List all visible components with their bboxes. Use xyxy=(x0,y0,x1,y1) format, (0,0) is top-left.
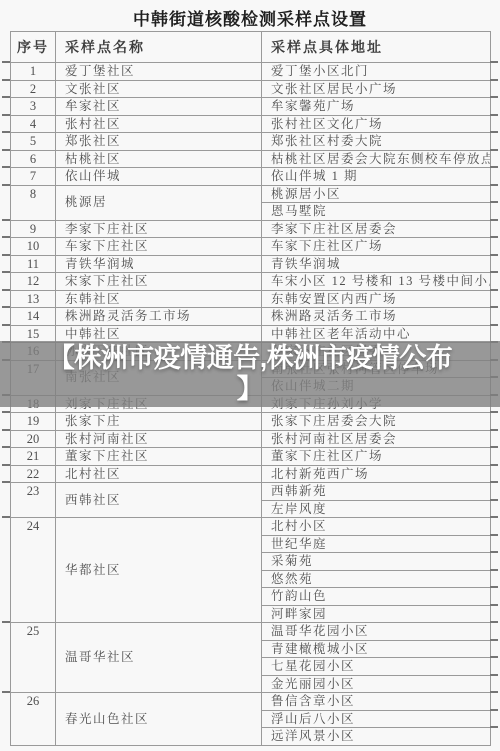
edge-tick-mark xyxy=(490,149,498,151)
sampling-point-name-cell: 文张社区 xyxy=(56,80,262,98)
row-number-cell: 1 xyxy=(11,63,56,81)
edge-tick-mark xyxy=(2,61,10,63)
sampling-point-address-cell: 张村河南社区居委会 xyxy=(262,430,491,448)
row-number-cell: 23 xyxy=(11,483,56,518)
watermark-text-line2: 】 xyxy=(237,374,264,405)
sampling-point-address-cell: 文张社区居民小广场 xyxy=(262,80,491,98)
row-number-cell: 8 xyxy=(11,185,56,220)
row-number-cell: 15 xyxy=(11,325,56,343)
sampling-point-address-cell: 温哥华花园小区 xyxy=(262,623,491,641)
table-row: 5郑张社区郑张社区村委大院 xyxy=(11,133,491,151)
edge-tick-mark xyxy=(490,446,498,448)
edge-tick-mark xyxy=(2,166,10,168)
sampling-point-address-cell: 张村社区文化广场 xyxy=(262,115,491,133)
edge-tick-mark xyxy=(2,481,10,483)
sampling-point-address-cell: 中韩社区老年活动中心 xyxy=(262,325,491,343)
table-row: 14株洲路灵活务工市场株洲路灵活务工市场 xyxy=(11,308,491,326)
edge-tick-mark xyxy=(490,236,498,238)
table-row: 13东韩社区东韩安置区内西广场 xyxy=(11,290,491,308)
edge-tick-mark xyxy=(490,306,498,308)
sampling-point-name-cell: 枯桃社区 xyxy=(56,150,262,168)
edge-tick-mark xyxy=(490,621,498,623)
table-header: 序号 采样点名称 采样点具体地址 xyxy=(11,32,491,63)
edge-tick-mark xyxy=(490,289,498,291)
row-number-cell: 11 xyxy=(11,255,56,273)
edge-tick-mark xyxy=(2,411,10,413)
row-number-cell: 20 xyxy=(11,430,56,448)
sampling-point-address-cell: 金光丽园小区 xyxy=(262,675,491,693)
edge-tick-mark xyxy=(490,201,498,203)
table-row: 7依山伴城依山伴城 1 期 xyxy=(11,168,491,186)
sampling-point-name-cell: 爱丁堡社区 xyxy=(56,63,262,81)
sampling-point-address-cell: 青建橄榄城小区 xyxy=(262,640,491,658)
sampling-point-name-cell: 董家下庄社区 xyxy=(56,448,262,466)
sampling-point-address-cell: 北村小区 xyxy=(262,518,491,536)
edge-tick-mark xyxy=(490,131,498,133)
table-row: 12宋家下庄社区车宋小区 12 号楼和 13 号楼中间小广场 xyxy=(11,273,491,291)
edge-tick-mark xyxy=(490,551,498,553)
sampling-point-name-cell: 李家下庄社区 xyxy=(56,220,262,238)
header-row: 序号 采样点名称 采样点具体地址 xyxy=(11,32,491,63)
sampling-point-address-cell: 车家下庄社区广场 xyxy=(262,238,491,256)
edge-tick-mark xyxy=(2,219,10,221)
row-number-cell: 12 xyxy=(11,273,56,291)
col-header-sampling-point-name: 采样点名称 xyxy=(56,32,262,63)
edge-tick-mark xyxy=(2,516,10,518)
edge-tick-mark xyxy=(2,184,10,186)
edge-tick-mark xyxy=(490,184,498,186)
edge-tick-mark xyxy=(490,656,498,658)
sampling-point-address-cell: 西韩新苑 xyxy=(262,483,491,501)
row-number-cell: 25 xyxy=(11,623,56,693)
watermark-text-line1: 【株洲市疫情通告,株洲市疫情公布 xyxy=(48,343,453,374)
table-row: 21董家下庄社区董家下庄社区广场 xyxy=(11,448,491,466)
sampling-point-address-cell: 鲁信含章小区 xyxy=(262,693,491,711)
edge-tick-mark xyxy=(490,709,498,711)
table-row: 10车家下庄社区车家下庄社区广场 xyxy=(11,238,491,256)
row-number-cell: 21 xyxy=(11,448,56,466)
sampling-point-name-cell: 桃源居 xyxy=(56,185,262,220)
sampling-point-address-cell: 株洲路灵活务工市场 xyxy=(262,308,491,326)
edge-tick-mark xyxy=(490,79,498,81)
edge-tick-mark xyxy=(490,604,498,606)
row-number-cell: 3 xyxy=(11,98,56,116)
sampling-point-address-cell: 牟家馨苑广场 xyxy=(262,98,491,116)
table-row: 3牟家社区牟家馨苑广场 xyxy=(11,98,491,116)
sampling-point-address-cell: 左岸风度 xyxy=(262,500,491,518)
edge-tick-mark xyxy=(2,306,10,308)
sampling-point-name-cell: 温哥华社区 xyxy=(56,623,262,693)
edge-tick-mark xyxy=(2,254,10,256)
table-row: 15中韩社区中韩社区老年活动中心 xyxy=(11,325,491,343)
row-number-cell: 4 xyxy=(11,115,56,133)
row-number-cell: 9 xyxy=(11,220,56,238)
sampling-point-name-cell: 依山伴城 xyxy=(56,168,262,186)
sampling-point-address-cell: 世纪华庭 xyxy=(262,535,491,553)
row-number-cell: 22 xyxy=(11,465,56,483)
sampling-point-name-cell: 华都社区 xyxy=(56,518,262,623)
edge-tick-mark xyxy=(2,691,10,693)
watermark-overlay: 【株洲市疫情通告,株洲市疫情公布 】 xyxy=(0,341,500,407)
sampling-point-address-cell: 郑张社区村委大院 xyxy=(262,133,491,151)
edge-tick-mark xyxy=(2,621,10,623)
row-number-cell: 7 xyxy=(11,168,56,186)
sampling-point-address-cell: 远洋风景小区 xyxy=(262,728,491,746)
sampling-point-address-cell: 青铁华润城 xyxy=(262,255,491,273)
edge-tick-mark xyxy=(490,411,498,413)
edge-tick-mark xyxy=(490,61,498,63)
row-number-cell: 14 xyxy=(11,308,56,326)
edge-tick-mark xyxy=(2,324,10,326)
edge-tick-mark xyxy=(2,131,10,133)
table-row: 11青铁华润城青铁华润城 xyxy=(11,255,491,273)
table-row: 19张家下庄张家下庄居委会大院 xyxy=(11,413,491,431)
sampling-point-name-cell: 宋家下庄社区 xyxy=(56,273,262,291)
sampling-point-address-cell: 七星花园小区 xyxy=(262,658,491,676)
sampling-point-name-cell: 张村河南社区 xyxy=(56,430,262,448)
edge-tick-mark xyxy=(490,219,498,221)
edge-tick-mark xyxy=(2,289,10,291)
sampling-point-name-cell: 中韩社区 xyxy=(56,325,262,343)
sampling-point-address-cell: 河畔家园 xyxy=(262,605,491,623)
scanned-document-page: 中韩街道核酸检测采样点设置 序号 采样点名称 采样点具体地址 1爱丁堡社区爱丁堡… xyxy=(0,0,500,751)
table-row: 25温哥华社区温哥华花园小区 xyxy=(11,623,491,641)
sampling-point-name-cell: 张村社区 xyxy=(56,115,262,133)
table-row: 6枯桃社区枯桃社区居委会大院东侧校车停放点 xyxy=(11,150,491,168)
sampling-point-name-cell: 株洲路灵活务工市场 xyxy=(56,308,262,326)
edge-tick-mark xyxy=(2,429,10,431)
table-row: 2文张社区文张社区居民小广场 xyxy=(11,80,491,98)
sampling-point-address-cell: 依山伴城 1 期 xyxy=(262,168,491,186)
col-header-serial-number: 序号 xyxy=(11,32,56,63)
sampling-point-address-cell: 浮山后八小区 xyxy=(262,710,491,728)
row-number-cell: 10 xyxy=(11,238,56,256)
table-row: 9李家下庄社区李家下庄社区居委会 xyxy=(11,220,491,238)
table-row: 24华都社区北村小区 xyxy=(11,518,491,536)
page-title: 中韩街道核酸检测采样点设置 xyxy=(0,5,500,30)
edge-tick-mark xyxy=(2,271,10,273)
edge-tick-mark xyxy=(2,464,10,466)
col-header-sampling-point-address: 采样点具体地址 xyxy=(262,32,491,63)
row-number-cell: 24 xyxy=(11,518,56,623)
edge-tick-mark xyxy=(490,166,498,168)
row-number-cell: 26 xyxy=(11,693,56,746)
edge-tick-mark xyxy=(490,674,498,676)
edge-tick-mark xyxy=(490,516,498,518)
sampling-point-address-cell: 恩马墅院 xyxy=(262,203,491,221)
row-number-cell: 6 xyxy=(11,150,56,168)
edge-tick-mark xyxy=(2,79,10,81)
sampling-point-address-cell: 悠然苑 xyxy=(262,570,491,588)
table-row: 22北村社区北村新苑西广场 xyxy=(11,465,491,483)
sampling-point-name-cell: 西韩社区 xyxy=(56,483,262,518)
table-row: 1爱丁堡社区爱丁堡小区北门 xyxy=(11,63,491,81)
edge-tick-mark xyxy=(490,429,498,431)
sampling-point-address-cell: 枯桃社区居委会大院东侧校车停放点 xyxy=(262,150,491,168)
row-number-cell: 13 xyxy=(11,290,56,308)
edge-tick-mark xyxy=(490,254,498,256)
table-row: 26春光山色社区鲁信含章小区 xyxy=(11,693,491,711)
edge-tick-mark xyxy=(490,534,498,536)
edge-tick-mark xyxy=(490,569,498,571)
edge-tick-mark xyxy=(490,691,498,693)
sampling-point-name-cell: 春光山色社区 xyxy=(56,693,262,746)
edge-tick-mark xyxy=(2,149,10,151)
sampling-point-address-cell: 李家下庄社区居委会 xyxy=(262,220,491,238)
sampling-point-address-cell: 竹韵山色 xyxy=(262,588,491,606)
edge-tick-mark xyxy=(490,114,498,116)
sampling-point-name-cell: 郑张社区 xyxy=(56,133,262,151)
table-row: 20张村河南社区张村河南社区居委会 xyxy=(11,430,491,448)
edge-tick-mark xyxy=(490,726,498,728)
sampling-point-address-cell: 张家下庄居委会大院 xyxy=(262,413,491,431)
edge-tick-mark xyxy=(490,499,498,501)
sampling-point-name-cell: 青铁华润城 xyxy=(56,255,262,273)
sampling-point-name-cell: 牟家社区 xyxy=(56,98,262,116)
edge-tick-mark xyxy=(490,271,498,273)
table-row: 8桃源居桃源居小区 xyxy=(11,185,491,203)
sampling-point-name-cell: 车家下庄社区 xyxy=(56,238,262,256)
edge-tick-mark xyxy=(2,96,10,98)
table-row: 4张村社区张村社区文化广场 xyxy=(11,115,491,133)
edge-tick-mark xyxy=(2,114,10,116)
edge-tick-mark xyxy=(490,586,498,588)
sampling-point-address-cell: 桃源居小区 xyxy=(262,185,491,203)
sampling-point-address-cell: 东韩安置区内西广场 xyxy=(262,290,491,308)
edge-tick-mark xyxy=(490,324,498,326)
sampling-point-address-cell: 车宋小区 12 号楼和 13 号楼中间小广场 xyxy=(262,273,491,291)
edge-tick-mark xyxy=(490,639,498,641)
sampling-point-address-cell: 北村新苑西广场 xyxy=(262,465,491,483)
sampling-point-name-cell: 东韩社区 xyxy=(56,290,262,308)
row-number-cell: 19 xyxy=(11,413,56,431)
edge-tick-mark xyxy=(490,96,498,98)
edge-tick-mark xyxy=(490,464,498,466)
sampling-point-name-cell: 北村社区 xyxy=(56,465,262,483)
sampling-point-address-cell: 董家下庄社区广场 xyxy=(262,448,491,466)
sampling-point-address-cell: 爱丁堡小区北门 xyxy=(262,63,491,81)
row-number-cell: 2 xyxy=(11,80,56,98)
edge-tick-mark xyxy=(2,236,10,238)
sampling-point-address-cell: 采菊苑 xyxy=(262,553,491,571)
table-row: 23西韩社区西韩新苑 xyxy=(11,483,491,501)
edge-tick-mark xyxy=(2,446,10,448)
row-number-cell: 5 xyxy=(11,133,56,151)
edge-tick-mark xyxy=(490,481,498,483)
sampling-point-name-cell: 张家下庄 xyxy=(56,413,262,431)
